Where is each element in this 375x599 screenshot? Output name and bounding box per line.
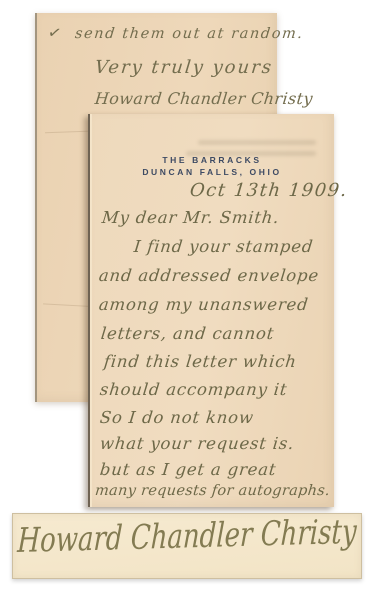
handwriting-line: So I do not know	[99, 408, 255, 427]
letterhead-line-2: DUNCAN FALLS, OHIO	[90, 167, 334, 177]
handwriting-signature-line: Howard Chandler Christy	[94, 89, 314, 108]
handwriting-line: My dear Mr. Smith.	[101, 208, 280, 227]
handwriting-line: find this letter which	[103, 352, 298, 371]
handwriting-line: Very truly yours	[94, 57, 274, 78]
handwriting-line: should accompany it	[99, 380, 288, 399]
handwriting-line: letters, and cannot	[100, 324, 275, 343]
handwriting-line: what your request is.	[99, 434, 295, 453]
ink-check-mark: ✓	[46, 22, 63, 43]
handwriting-line: and addressed envelope	[98, 266, 320, 285]
letter-photo: ✓ send them out at random. Very truly yo…	[0, 0, 375, 599]
date-line: Oct 13th 1909.	[189, 180, 349, 201]
signature-closeup: Howard Chandler Christy	[12, 513, 361, 562]
handwriting-line: send them out at random.	[74, 26, 304, 42]
handwriting-line: but as I get a great	[99, 460, 277, 479]
letter-front-page: THE BARRACKS DUNCAN FALLS, OHIO Oct 13th…	[88, 114, 334, 507]
handwriting-line: I find your stamped	[133, 237, 314, 256]
ink-bleed-through	[198, 140, 316, 145]
handwriting-line: among my unanswered	[98, 295, 310, 314]
handwriting-line: many requests for autographs.	[94, 483, 331, 499]
letterhead-line-1: THE BARRACKS	[90, 155, 334, 165]
signature-strip: Howard Chandler Christy	[12, 513, 362, 579]
